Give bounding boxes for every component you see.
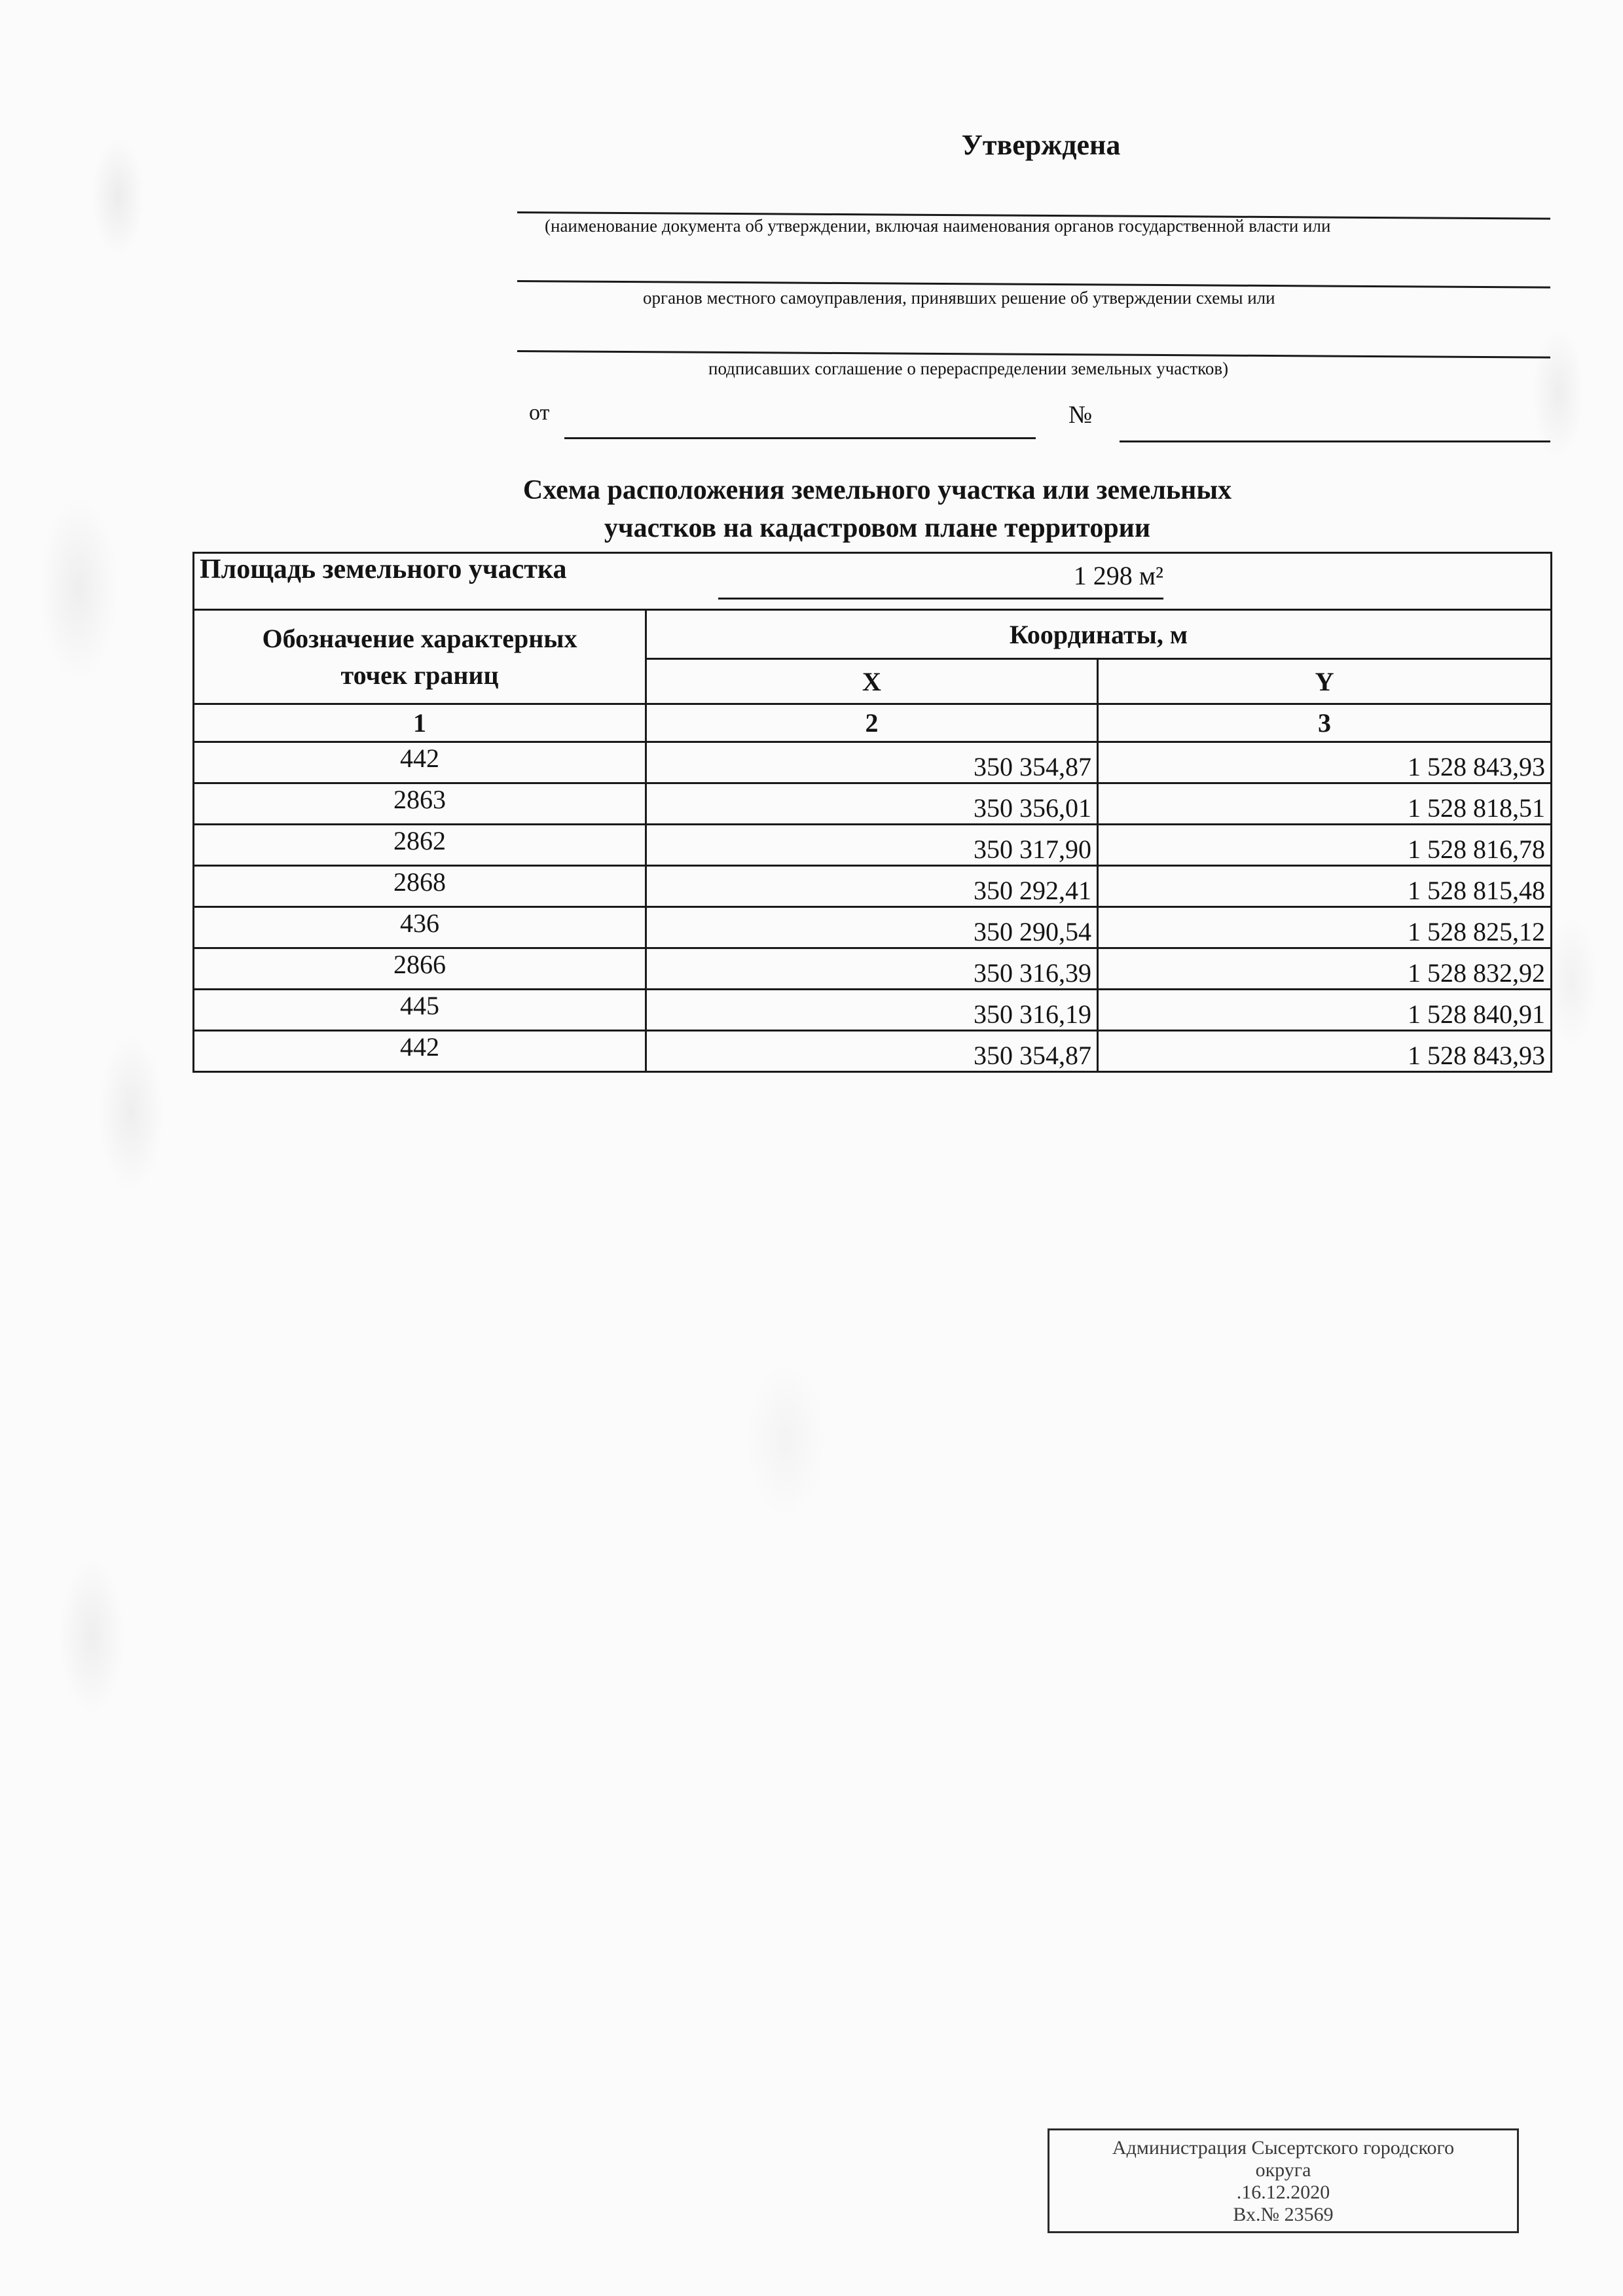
- x-coordinate-cell: 350 317,90: [646, 825, 1098, 866]
- scan-noise: [0, 0, 1623, 2296]
- table-row: 2863350 356,011 528 818,51: [194, 783, 1552, 825]
- from-label: от: [529, 401, 549, 425]
- date-field-line[interactable]: [564, 437, 1036, 439]
- area-value: 1 298 м²: [712, 560, 1163, 591]
- stamp-org-line-1: Администрация Сысертского городского: [1049, 2137, 1517, 2159]
- number-label: №: [1068, 401, 1092, 429]
- scheme-title-line-2: участков на кадастровом плане территории: [367, 509, 1388, 547]
- area-number: 1 298: [1074, 561, 1133, 590]
- x-coordinate-cell: 350 316,39: [646, 948, 1098, 990]
- y-coordinate-cell: 1 528 832,92: [1098, 948, 1552, 990]
- approved-title: Утверждена: [851, 128, 1231, 162]
- column-number-3: 3: [1098, 704, 1552, 742]
- stamp-date: .16.12.2020: [1049, 2181, 1517, 2204]
- column-number-row: 1 2 3: [194, 704, 1552, 742]
- table-row: 445350 316,191 528 840,91: [194, 990, 1552, 1031]
- header-row-coords: Обозначение характерных точек границ Коо…: [194, 610, 1552, 659]
- y-coordinate-cell: 1 528 825,12: [1098, 907, 1552, 948]
- area-row: Площадь земельного участка 1 298 м²: [194, 553, 1552, 610]
- point-cell: 2868: [194, 866, 646, 907]
- table-row: 2868350 292,411 528 815,48: [194, 866, 1552, 907]
- table-row: 442350 354,871 528 843,93: [194, 1031, 1552, 1072]
- point-cell: 442: [194, 742, 646, 783]
- approval-caption-2: органов местного самоуправления, принявш…: [643, 288, 1275, 308]
- y-coordinate-cell: 1 528 816,78: [1098, 825, 1552, 866]
- x-coordinate-cell: 350 290,54: [646, 907, 1098, 948]
- x-coordinate-cell: 350 356,01: [646, 783, 1098, 825]
- area-unit: м²: [1139, 561, 1163, 590]
- point-cell: 445: [194, 990, 646, 1031]
- stamp-incoming-number: Вх.№ 23569: [1049, 2204, 1517, 2226]
- points-header-line-1: Обозначение характерных: [200, 620, 640, 657]
- x-coordinate-cell: 350 316,19: [646, 990, 1098, 1031]
- coordinates-rows: 442350 354,871 528 843,932863350 356,011…: [194, 742, 1552, 1072]
- point-cell: 2866: [194, 948, 646, 990]
- number-field-line[interactable]: [1120, 440, 1550, 442]
- y-coordinate-cell: 1 528 815,48: [1098, 866, 1552, 907]
- points-header-line-2: точек границ: [200, 657, 640, 694]
- area-underline: [718, 598, 1163, 600]
- x-coordinate-cell: 350 354,87: [646, 742, 1098, 783]
- table-row: 2862350 317,901 528 816,78: [194, 825, 1552, 866]
- point-cell: 2862: [194, 825, 646, 866]
- table-row: 436350 290,541 528 825,12: [194, 907, 1552, 948]
- y-column-header: Y: [1098, 659, 1552, 704]
- y-coordinate-cell: 1 528 843,93: [1098, 1031, 1552, 1072]
- scheme-title-line-1: Схема расположения земельного участка ил…: [367, 471, 1388, 509]
- point-cell: 436: [194, 907, 646, 948]
- points-column-header: Обозначение характерных точек границ: [194, 610, 646, 704]
- approval-caption-3: подписавших соглашение о перераспределен…: [708, 359, 1228, 379]
- scheme-title: Схема расположения земельного участка ил…: [367, 471, 1388, 547]
- x-column-header: X: [646, 659, 1098, 704]
- point-cell: 2863: [194, 783, 646, 825]
- area-cell: Площадь земельного участка 1 298 м²: [194, 553, 1552, 610]
- approval-caption-1: (наименование документа об утверждении, …: [545, 216, 1330, 236]
- point-cell: 442: [194, 1031, 646, 1072]
- y-coordinate-cell: 1 528 843,93: [1098, 742, 1552, 783]
- y-coordinate-cell: 1 528 840,91: [1098, 990, 1552, 1031]
- coordinates-table: Площадь земельного участка 1 298 м² Обоз…: [192, 552, 1550, 1073]
- table-row: 2866350 316,391 528 832,92: [194, 948, 1552, 990]
- coordinates-header: Координаты, м: [646, 610, 1552, 659]
- incoming-stamp: Администрация Сысертского городского окр…: [1048, 2128, 1519, 2233]
- table-row: 442350 354,871 528 843,93: [194, 742, 1552, 783]
- x-coordinate-cell: 350 292,41: [646, 866, 1098, 907]
- y-coordinate-cell: 1 528 818,51: [1098, 783, 1552, 825]
- column-number-1: 1: [194, 704, 646, 742]
- approval-doc-line-3: [517, 350, 1550, 359]
- column-number-2: 2: [646, 704, 1098, 742]
- x-coordinate-cell: 350 354,87: [646, 1031, 1098, 1072]
- area-label: Площадь земельного участка: [200, 554, 566, 584]
- approval-doc-line-2: [517, 280, 1550, 289]
- stamp-org-line-2: округа: [1049, 2159, 1517, 2181]
